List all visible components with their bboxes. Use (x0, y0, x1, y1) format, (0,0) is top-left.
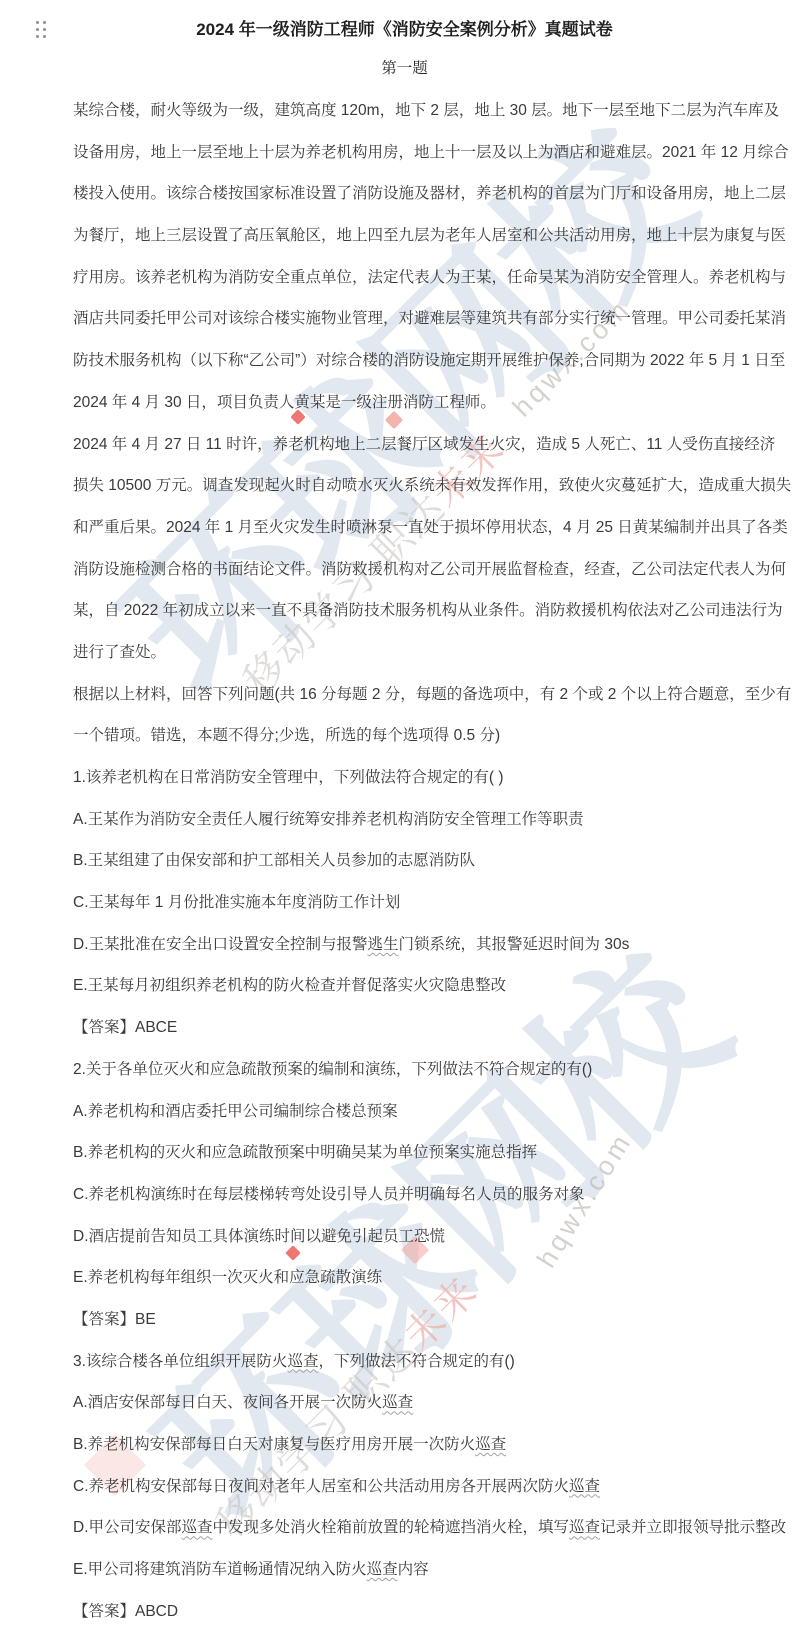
doc-line[interactable]: 【答案】BE (73, 1299, 740, 1341)
doc-line[interactable]: 疗用房。该养老机构为消防安全重点单位，法定代表人为王某，任命吴某为消防安全管理人… (73, 257, 740, 299)
doc-line[interactable]: E.王某每月初组织养老机构的防火检查并督促落实火灾隐患整改 (73, 965, 740, 1007)
doc-line[interactable]: B.王某组建了由保安部和护工部相关人员参加的志愿消防队 (73, 840, 740, 882)
spellcheck-underline: 巡查 (569, 1519, 600, 1536)
doc-line[interactable]: 消防设施检测合格的书面结论文件。消防救援机构对乙公司开展监督检查，经查，乙公司法… (73, 549, 740, 591)
doc-line[interactable]: 损失 10500 万元。调查发现起火时自动喷水灭火系统未有效发挥作用，致使火灾蔓… (73, 465, 740, 507)
spellcheck-underline: 巡查 (382, 1394, 413, 1411)
doc-line[interactable]: 某综合楼，耐火等级为一级，建筑高度 120m，地下 2 层，地上 30 层。地下… (73, 90, 740, 132)
doc-line[interactable]: 【答案】ABCD (73, 1591, 740, 1633)
doc-line[interactable]: 酒店共同委托甲公司对该综合楼实施物业管理，对避难层等建筑共有部分实行统一管理。甲… (73, 298, 740, 340)
spellcheck-underline: 逃生 (368, 936, 399, 953)
doc-line[interactable]: 楼投入使用。该综合楼按国家标准设置了消防设施及器材，养老机构的首层为门厅和设备用… (73, 173, 740, 215)
doc-line[interactable]: A.王某作为消防安全责任人履行统筹安排养老机构消防安全管理工作等职责 (73, 799, 740, 841)
doc-line[interactable]: 防技术服务机构（以下称“乙公司”）对综合楼的消防设施定期开展维护保养,合同期为 … (73, 340, 740, 382)
doc-line[interactable]: 2.关于各单位灭火和应急疏散预案的编制和演练，下列做法不符合规定的有() (73, 1049, 740, 1091)
doc-line[interactable]: C.养老机构安保部每日夜间对老年人居室和公共活动用房各开展两次防火巡查 (73, 1466, 740, 1508)
doc-line[interactable]: 1.该养老机构在日常消防安全管理中，下列做法符合规定的有( ) (73, 757, 740, 799)
doc-line[interactable]: 【答案】ABCE (73, 1007, 740, 1049)
spellcheck-underline: 巡查 (475, 1436, 506, 1453)
section-heading[interactable]: 第一题 (0, 58, 809, 80)
doc-line[interactable]: 和严重后果。2024 年 1 月至火灾发生时喷淋泵一直处于损坏停用状态，4 月 … (73, 507, 740, 549)
doc-line[interactable]: A.酒店安保部每日白天、夜间各开展一次防火巡查 (73, 1382, 740, 1424)
doc-line[interactable]: 根据以上材料，回答下列问题(共 16 分每题 2 分，每题的备选项中，有 2 个… (73, 674, 740, 716)
spellcheck-underline: 巡查 (287, 1353, 318, 1370)
doc-line[interactable]: 3.该综合楼各单位组织开展防火巡查，下列做法不符合规定的有() (73, 1341, 740, 1383)
doc-line[interactable]: E.甲公司将建筑消防车道畅通情况纳入防火巡查内容 (73, 1549, 740, 1591)
doc-line[interactable]: 为餐厅，地上三层设置了高压氧舱区，地上四至九层为老年人居室和公共活动用房，地上十… (73, 215, 740, 257)
doc-line[interactable]: C.王某每年 1 月份批准实施本年度消防工作计划 (73, 882, 740, 924)
doc-line[interactable]: 设备用房，地上一层至地上十层为养老机构用房，地上十一层及以上为酒店和避难层。20… (73, 132, 740, 174)
document-page: 2024 年一级消防工程师《消防安全案例分析》真题试卷 第一题 某综合楼，耐火等… (0, 0, 809, 1647)
doc-line[interactable]: 某，自 2022 年初成立以来一直不具备消防技术服务机构从业条件。消防救援机构依… (73, 590, 740, 632)
doc-line[interactable]: E.养老机构每年组织一次灭火和应急疏散演练 (73, 1257, 740, 1299)
doc-line[interactable]: 2024 年 4 月 30 日，项目负责人黄某是一级注册消防工程师。 (73, 382, 740, 424)
doc-line[interactable]: 2024 年 4 月 27 日 11 时许，养老机构地上二层餐厅区域发生火灾，造… (73, 424, 740, 466)
spellcheck-underline: 巡查 (367, 1561, 398, 1578)
spellcheck-underline: 巡查 (182, 1519, 213, 1536)
doc-line[interactable]: B.养老机构安保部每日白天对康复与医疗用房开展一次防火巡查 (73, 1424, 740, 1466)
page-title[interactable]: 2024 年一级消防工程师《消防安全案例分析》真题试卷 (0, 18, 809, 42)
doc-line[interactable]: D.王某批准在安全出口设置安全控制与报警逃生门锁系统，其报警延迟时间为 30s (73, 924, 740, 966)
doc-line[interactable]: D.甲公司安保部巡查中发现多处消火栓箱前放置的轮椅遮挡消火栓，填写巡查记录并立即… (73, 1507, 740, 1549)
doc-line[interactable]: D.酒店提前告知员工具体演练时间以避免引起员工恐慌 (73, 1216, 740, 1258)
doc-line[interactable]: 一个错项。错选，本题不得分;少选，所选的每个选项得 0.5 分) (73, 715, 740, 757)
doc-line[interactable]: B.养老机构的灭火和应急疏散预案中明确吴某为单位预案实施总指挥 (73, 1132, 740, 1174)
doc-line[interactable]: A.养老机构和酒店委托甲公司编制综合楼总预案 (73, 1091, 740, 1133)
document-body: 某综合楼，耐火等级为一级，建筑高度 120m，地下 2 层，地上 30 层。地下… (73, 90, 740, 1632)
doc-line[interactable]: 进行了查处。 (73, 632, 740, 674)
spellcheck-underline: 巡查 (569, 1478, 600, 1495)
doc-line[interactable]: C.养老机构演练时在每层楼梯转弯处设引导人员并明确每名人员的服务对象 (73, 1174, 740, 1216)
